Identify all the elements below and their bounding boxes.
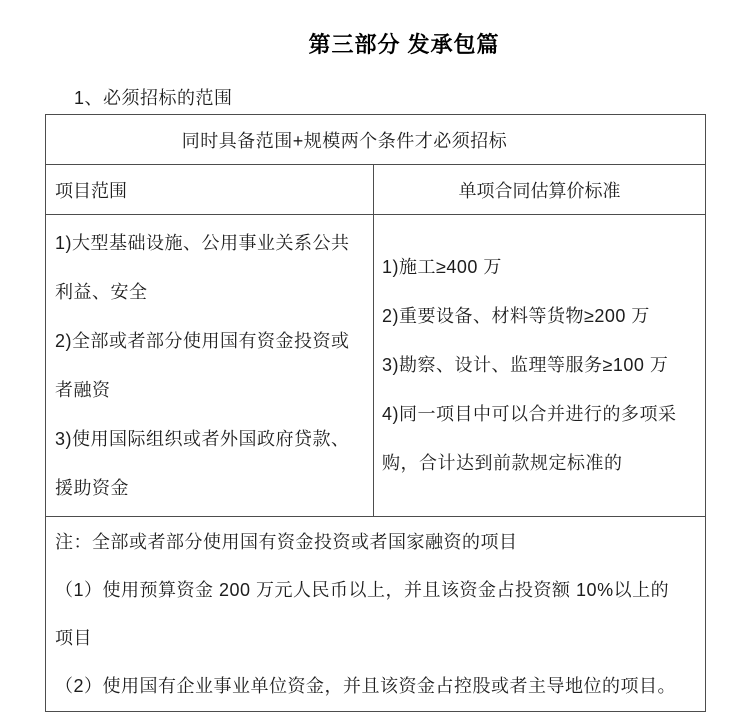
document-page: { "page": { "title": "第三部分 发承包篇", "secti… (0, 0, 748, 722)
note-line: （2）使用国有企业事业单位资金，并且该资金占控股或者主导地位的项目。 (55, 662, 699, 710)
contract-estimate-line: 1)施工≥400 万 (382, 243, 701, 292)
page-title: 第三部分 发承包篇 (30, 28, 748, 59)
contract-estimate-line: 购，合计达到前款规定标准的 (382, 439, 701, 488)
merged-header-text: 同时具备范围+规模两个条件才必须招标 (182, 127, 508, 153)
contract-estimate-line: 4)同一项目中可以合并进行的多项采 (382, 390, 701, 439)
bidding-scope-table: 同时具备范围+规模两个条件才必须招标 项目范围 单项合同估算价标准 1)大型基础… (45, 114, 706, 712)
project-scope-line: 3)使用国际组织或者外国政府贷款、 (55, 415, 367, 464)
contract-estimate-line: 2)重要设备、材料等货物≥200 万 (382, 292, 701, 341)
note-line: （1）使用预算资金 200 万元人民币以上，并且该资金占投资额 10%以上的 (55, 566, 699, 614)
project-scope-line: 1)大型基础设施、公用事业关系公共 (55, 219, 367, 268)
table-row-merged-header: 同时具备范围+规模两个条件才必须招标 (46, 115, 706, 165)
section-heading: 1、必须招标的范围 (74, 84, 233, 110)
column-header-project-scope: 项目范围 (46, 165, 374, 215)
project-scope-line: 利益、安全 (55, 268, 367, 317)
project-scope-line: 2)全部或者部分使用国有资金投资或 (55, 317, 367, 366)
note-cell: 注：全部或者部分使用国有资金投资或者国家融资的项目 （1）使用预算资金 200 … (46, 517, 706, 712)
project-scope-line: 援助资金 (55, 464, 367, 513)
project-scope-line: 者融资 (55, 366, 367, 415)
table-row-body: 1)大型基础设施、公用事业关系公共 利益、安全 2)全部或者部分使用国有资金投资… (46, 215, 706, 517)
contract-estimate-cell: 1)施工≥400 万 2)重要设备、材料等货物≥200 万 3)勘察、设计、监理… (374, 215, 706, 517)
note-line: 注：全部或者部分使用国有资金投资或者国家融资的项目 (55, 518, 699, 566)
project-scope-cell: 1)大型基础设施、公用事业关系公共 利益、安全 2)全部或者部分使用国有资金投资… (46, 215, 374, 517)
table-row-column-headers: 项目范围 单项合同估算价标准 (46, 165, 706, 215)
table-row-note: 注：全部或者部分使用国有资金投资或者国家融资的项目 （1）使用预算资金 200 … (46, 517, 706, 712)
merged-header-cell: 同时具备范围+规模两个条件才必须招标 (46, 115, 706, 165)
note-line: 项目 (55, 614, 699, 662)
contract-estimate-line: 3)勘察、设计、监理等服务≥100 万 (382, 341, 701, 390)
column-header-contract-estimate: 单项合同估算价标准 (374, 165, 706, 215)
